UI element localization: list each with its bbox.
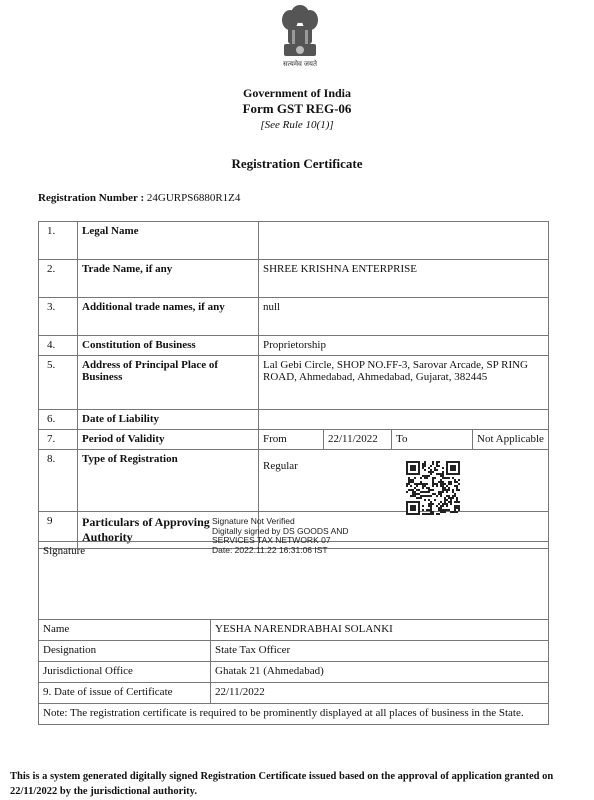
- footer-statement: This is a system generated digitally sig…: [10, 769, 590, 799]
- row-number: 4.: [39, 336, 78, 356]
- display-note: Note: The registration certificate is re…: [39, 704, 549, 725]
- additional-trade-names-value: null: [259, 298, 549, 336]
- registration-number-label: Registration Number :: [38, 192, 144, 204]
- row-number: 8.: [39, 450, 78, 512]
- issue-date-label: 9. Date of issue of Certificate: [39, 683, 211, 704]
- row-number: 3.: [39, 298, 78, 336]
- form-name: Form GST REG-06: [0, 101, 594, 117]
- qr-code-icon: [406, 461, 460, 515]
- row-label: Legal Name: [78, 222, 259, 260]
- table-row: 7. Period of Validity From 22/11/2022 To…: [39, 430, 549, 450]
- name-label: Name: [39, 620, 211, 641]
- row-label: Trade Name, if any: [78, 260, 259, 298]
- table-row: 9. Date of issue of Certificate 22/11/20…: [39, 683, 549, 704]
- row-label: Additional trade names, if any: [78, 298, 259, 336]
- validity-from-value: 22/11/2022: [324, 430, 392, 450]
- row-label: Date of Liability: [78, 410, 259, 430]
- constitution-value: Proprietorship: [259, 336, 549, 356]
- table-row: Name YESHA NARENDRABHAI SOLANKI: [39, 620, 549, 641]
- row-number: 2.: [39, 260, 78, 298]
- row-number: 6.: [39, 410, 78, 430]
- row-label: Constitution of Business: [78, 336, 259, 356]
- trade-name-value: SHREE KRISHNA ENTERPRISE: [259, 260, 549, 298]
- jurisdictional-office-label: Jurisdictional Office: [39, 662, 211, 683]
- certificate-title: Registration Certificate: [0, 156, 594, 172]
- certificate-table: 1. Legal Name 2. Trade Name, if any SHRE…: [38, 221, 549, 549]
- table-row: Jurisdictional Office Ghatak 21 (Ahmedab…: [39, 662, 549, 683]
- table-row: 6. Date of Liability: [39, 410, 549, 430]
- digital-signature-stamp: Signature Not Verified Digitally signed …: [212, 517, 349, 555]
- table-row: 5. Address of Principal Place of Busines…: [39, 356, 549, 410]
- signature-date: Date: 2022.11.22 16:31:06 IST: [212, 546, 349, 556]
- row-label: Address of Principal Place of Business: [78, 356, 259, 410]
- table-row: Note: The registration certificate is re…: [39, 704, 549, 725]
- registration-type-value: Regular: [259, 450, 549, 512]
- jurisdictional-office-value: Ghatak 21 (Ahmedabad): [211, 662, 549, 683]
- legal-name-value: [259, 222, 549, 260]
- designation-label: Designation: [39, 641, 211, 662]
- designation-value: State Tax Officer: [211, 641, 549, 662]
- authority-table: Signature Name YESHA NARENDRABHAI SOLANK…: [38, 541, 549, 725]
- rule-reference: [See Rule 10(1)]: [0, 119, 594, 131]
- validity-to-label: To: [392, 430, 473, 450]
- table-row: 3. Additional trade names, if any null: [39, 298, 549, 336]
- table-row: 4. Constitution of Business Proprietorsh…: [39, 336, 549, 356]
- date-of-liability-value: [259, 410, 549, 430]
- registration-number: Registration Number : 24GURPS6880R1Z4: [38, 192, 240, 204]
- row-number: 7.: [39, 430, 78, 450]
- table-row: 1. Legal Name: [39, 222, 549, 260]
- name-value: YESHA NARENDRABHAI SOLANKI: [211, 620, 549, 641]
- row-number: 1.: [39, 222, 78, 260]
- row-label: Type of Registration: [78, 450, 259, 512]
- government-title: Government of India: [0, 86, 594, 101]
- validity-from-label: From: [259, 430, 324, 450]
- row-number: 5.: [39, 356, 78, 410]
- issue-date-value: 22/11/2022: [211, 683, 549, 704]
- validity-to-value: Not Applicable: [473, 430, 549, 450]
- table-row: 2. Trade Name, if any SHREE KRISHNA ENTE…: [39, 260, 549, 298]
- table-row: Designation State Tax Officer: [39, 641, 549, 662]
- registration-number-value: 24GURPS6880R1Z4: [147, 192, 241, 204]
- row-label: Period of Validity: [78, 430, 259, 450]
- emblem-motto: सत्यमेव जयते: [262, 60, 338, 69]
- table-row: 8. Type of Registration Regular: [39, 450, 549, 512]
- address-value: Lal Gebi Circle, SHOP NO.FF-3, Sarovar A…: [259, 356, 549, 410]
